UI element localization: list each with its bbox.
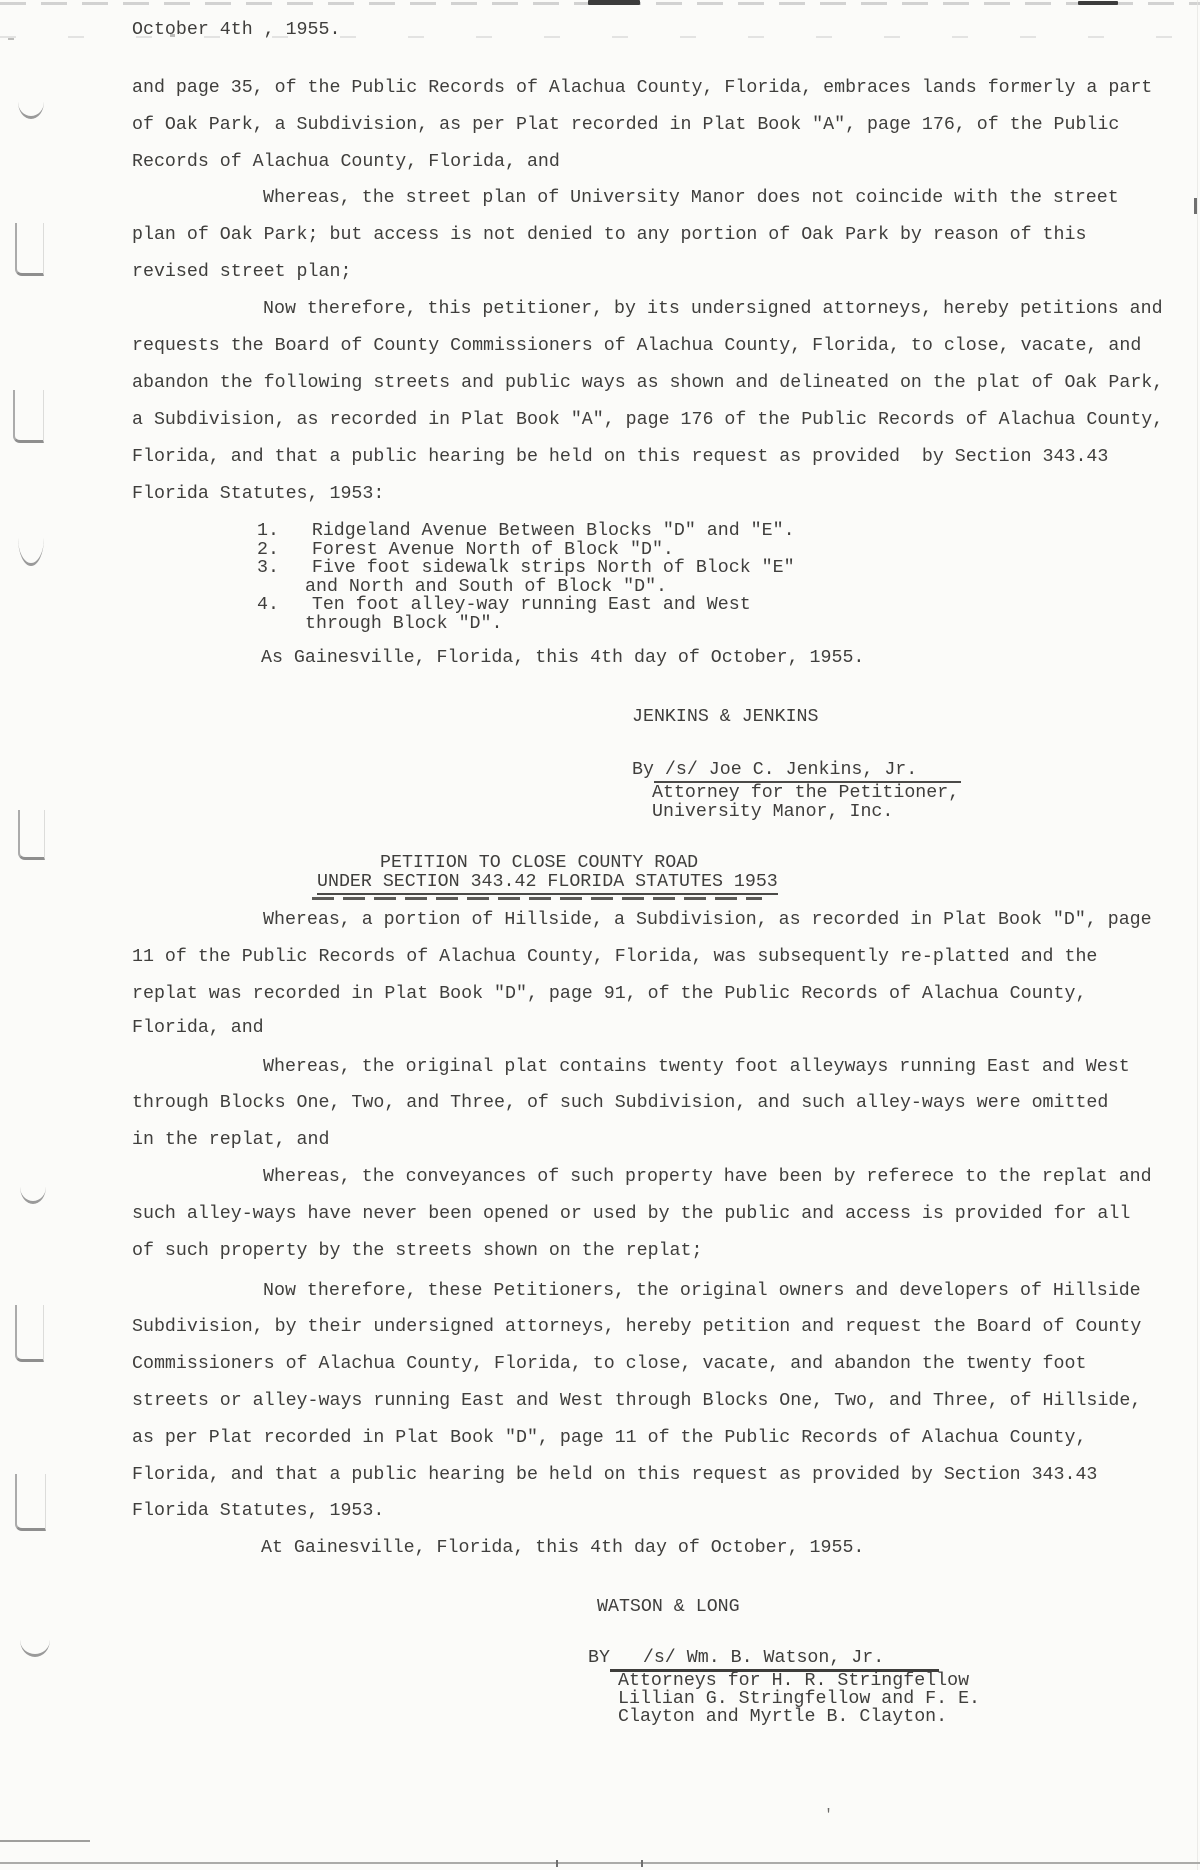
body-line: Whereas, the original plat contains twen… — [263, 1057, 1130, 1077]
body-line: abandon the following streets and public… — [132, 373, 1163, 393]
scan-mark-bracket — [18, 810, 45, 860]
scan-mark-tick — [641, 1860, 643, 1867]
body-line: 11 of the Public Records of Alachua Coun… — [132, 947, 1097, 967]
scan-mark-smile — [20, 1185, 46, 1204]
list-item-1: 1. Ridgeland Avenue Between Blocks "D" a… — [257, 521, 795, 541]
scan-mark-dashrow2 — [0, 36, 1200, 38]
signature-by-jenkins: By /s/ Joe C. Jenkins, Jr. — [632, 760, 961, 780]
scan-mark-smile — [18, 100, 44, 119]
scan-mark-vline — [1197, 0, 1198, 1870]
closing-line-1: As Gainesville, Florida, this 4th day of… — [261, 648, 864, 668]
attorneys-line-2: Lillian G. Stringfellow and F. E. — [618, 1689, 980, 1709]
scan-mark-bracket — [15, 1474, 46, 1531]
scan-mark-speck — [8, 38, 14, 40]
body-line: plan of Oak Park; but access is not deni… — [132, 225, 1086, 245]
attorneys-line-1: Attorneys for H. R. Stringfellow — [618, 1671, 969, 1691]
body-line: of such property by the streets shown on… — [132, 1241, 702, 1261]
closing-line-2: At Gainesville, Florida, this 4th day of… — [261, 1538, 864, 1558]
signature-title-1: Attorney for the Petitioner, — [652, 783, 959, 803]
body-line: Whereas, the conveyances of such propert… — [263, 1167, 1152, 1187]
scan-mark-botline — [0, 1862, 1200, 1864]
scan-mark-tick — [1194, 198, 1197, 214]
body-line: Records of Alachua County, Florida, and — [132, 152, 560, 172]
body-line: replat was recorded in Plat Book "D", pa… — [132, 984, 1086, 1004]
heading-line-1: PETITION TO CLOSE COUNTY ROAD — [380, 853, 698, 873]
body-line: Florida Statutes, 1953. — [132, 1501, 384, 1521]
scan-mark-tick — [556, 1860, 558, 1867]
scan-mark-bracket — [13, 390, 44, 443]
scan-mark-bracket — [15, 1305, 44, 1362]
signature-underlined-text: /s/ Joe C. Jenkins, Jr. — [654, 760, 961, 783]
body-line: Subdivision, by their undersigned attorn… — [132, 1317, 1141, 1337]
list-item-2: 2. Forest Avenue North of Block "D". — [257, 540, 674, 560]
body-line: Whereas, the street plan of University M… — [263, 188, 1119, 208]
body-line: Florida, and — [132, 1018, 264, 1038]
list-item-3-cont: and North and South of Block "D". — [305, 577, 667, 597]
signature-underlined-text: /s/ Wm. B. Watson, Jr. — [610, 1648, 939, 1672]
body-line: through Blocks One, Two, and Three, of s… — [132, 1093, 1108, 1113]
list-item-4: 4. Ten foot alley-way running East and W… — [257, 595, 751, 615]
stray-mark: ' — [824, 1806, 833, 1826]
signature-by-watson: BY /s/ Wm. B. Watson, Jr. — [588, 1648, 939, 1668]
scan-mark-bracket — [15, 223, 44, 276]
scan-mark-speck — [170, 34, 175, 37]
scan-mark-smile — [18, 535, 44, 566]
body-line: Florida, and that a public hearing be he… — [132, 447, 1108, 467]
body-line: Now therefore, this petitioner, by its u… — [263, 299, 1163, 319]
body-line: a Subdivision, as recorded in Plat Book … — [132, 410, 1163, 430]
scan-mark-darkseg — [1078, 1, 1118, 5]
list-item-3: 3. Five foot sidewalk strips North of Bl… — [257, 558, 795, 578]
body-line: as per Plat recorded in Plat Book "D", p… — [132, 1428, 1086, 1448]
attorneys-line-3: Clayton and Myrtle B. Clayton. — [618, 1707, 947, 1727]
scan-mark-darkseg — [588, 0, 640, 5]
body-line: streets or alley-ways running East and W… — [132, 1391, 1141, 1411]
scan-mark-grayseg — [0, 1840, 90, 1842]
body-line: in the replat, and — [132, 1130, 329, 1150]
body-line: Commissioners of Alachua County, Florida… — [132, 1354, 1086, 1374]
document-page: October 4th , 1955.and page 35, of the P… — [0, 0, 1200, 1870]
body-line: and page 35, of the Public Records of Al… — [132, 78, 1152, 98]
body-line: requests the Board of County Commissione… — [132, 336, 1141, 356]
list-item-4-cont: through Block "D". — [305, 614, 502, 634]
body-line: of Oak Park, a Subdivision, as per Plat … — [132, 115, 1119, 135]
firm-name-watson: WATSON & LONG — [597, 1597, 740, 1617]
signature-title-2: University Manor, Inc. — [652, 802, 893, 822]
scan-mark-dunder — [312, 897, 762, 900]
firm-name-jenkins: JENKINS & JENKINS — [632, 707, 819, 727]
body-line: Florida Statutes, 1953: — [132, 484, 384, 504]
scan-mark-smile — [20, 1638, 50, 1657]
signature-text: By — [632, 760, 654, 780]
signature-underlined-text: UNDER SECTION 343.42 FLORIDA STATUTES 19… — [317, 872, 778, 895]
body-line: revised street plan; — [132, 262, 351, 282]
body-line: Now therefore, these Petitioners, the or… — [263, 1281, 1141, 1301]
body-line: such alley-ways have never been opened o… — [132, 1204, 1130, 1224]
body-line: Florida, and that a public hearing be he… — [132, 1465, 1097, 1485]
heading-line-2: UNDER SECTION 343.42 FLORIDA STATUTES 19… — [317, 872, 778, 892]
signature-text: BY — [588, 1648, 610, 1668]
body-line: Whereas, a portion of Hillside, a Subdiv… — [263, 910, 1152, 930]
